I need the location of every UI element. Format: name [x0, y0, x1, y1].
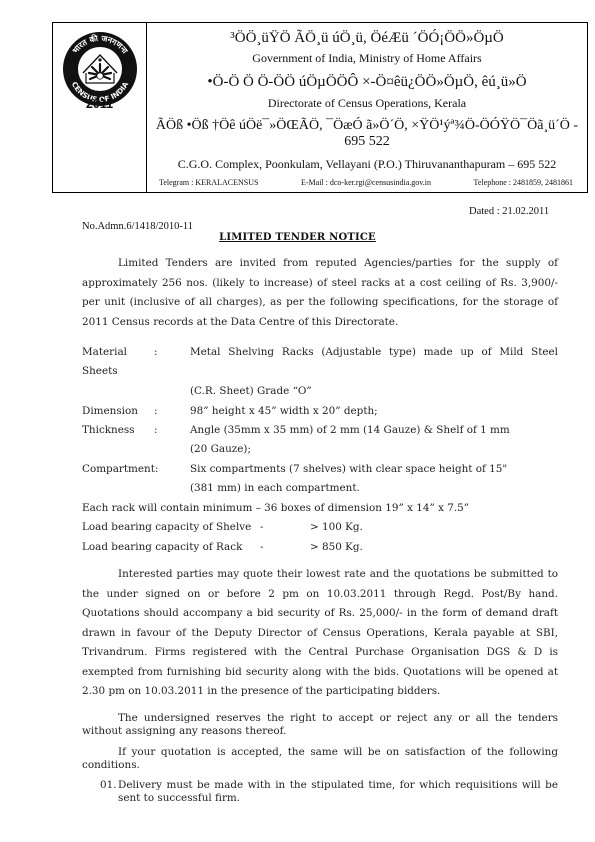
spec-value: > 100 Kg. — [310, 521, 363, 533]
spec-value: Angle (35mm x 35 mm) of 2 mm (14 Gauze) … — [190, 424, 510, 436]
spec-value: Metal Shelving Racks (Adjustable type) m… — [190, 346, 558, 358]
condition-text: Delivery must be made with in the stipul… — [118, 779, 558, 805]
submission-paragraph: Interested parties may quote their lowes… — [82, 565, 558, 702]
email-link[interactable]: E-Mail : dco-ker.rgi@censusindia.gov.in — [301, 178, 431, 187]
header-ministry: Government of India, Ministry of Home Af… — [147, 51, 587, 66]
spec-value: (20 Gauze); — [190, 443, 251, 455]
condition-number: 01. — [100, 779, 117, 792]
spec-label-wrap: Sheets — [82, 365, 118, 377]
telephone: Telephone : 2481859, 2481861 — [474, 178, 573, 187]
spec-label: Dimension — [82, 405, 138, 417]
spec-label: Material — [82, 346, 127, 358]
date-line: Dated : 21.02.2011 — [469, 206, 549, 217]
intro-text: Limited Tenders are invited from reputed… — [82, 257, 558, 328]
conditions-intro-paragraph: If your quotation is accepted, the same … — [82, 746, 558, 772]
submission-text: Interested parties may quote their lowes… — [82, 568, 558, 697]
intro-paragraph: Limited Tenders are invited from reputed… — [82, 254, 558, 332]
spec-value: (C.R. Sheet) Grade “O” — [190, 385, 312, 397]
header-hindi-ministry: ³ÖÖ¸üŸÖ ÃÖ¸ü úÖ¸ü, ÖéÆü ´ÖÓ¡ÖÖ»ÖµÖ — [147, 30, 587, 47]
notice-title: LIMITED TENDER NOTICE — [0, 232, 595, 243]
condition-item: 01. Delivery must be made with in the st… — [100, 779, 558, 805]
spec-value: 98” height x 45” width x 20” depth; — [190, 405, 378, 417]
spec-label: Compartment: — [82, 463, 158, 475]
spec-text: Each rack will contain minimum – 36 boxe… — [82, 502, 469, 514]
header-address: C.G.O. Complex, Poonkulam, Vellayani (P.… — [147, 157, 587, 172]
spec-colon: : — [154, 424, 158, 436]
spec-value: Six compartments (7 shelves) with clear … — [190, 463, 507, 475]
telegram: Telegram : KERALACENSUS — [159, 178, 258, 187]
spec-label: Thickness — [82, 424, 135, 436]
spec-colon: : — [154, 405, 158, 417]
census-year: 2011 — [53, 97, 146, 111]
spec-dash: - — [260, 521, 264, 533]
reference-number: No.Admn.6/1418/2010-11 — [82, 221, 193, 232]
header-hindi-directorate: •Ö-Ö Ö Ö-ÖÖ úÖµÖÖÔ ×-Ö¤êü¿ÖÖ»ÖµÖ, êú¸ü»Ö — [147, 74, 587, 91]
spec-label: Load bearing capacity of Shelve — [82, 521, 251, 533]
letterhead-box: भारत की जनगणना CENSUS OF INDIA 2011 ³ÖÖ¸… — [52, 22, 588, 193]
spec-colon: : — [154, 346, 158, 358]
spec-value: > 850 Kg. — [310, 541, 363, 553]
rights-text: The undersigned reserves the right to ac… — [82, 712, 558, 737]
header-hindi-address: ÃÖß •Öß †Öê úÖë¯»ÖŒÃÖ, ¯ÖæÓ ã»Ö´Ö, ×ŸÖ¹ý… — [147, 118, 587, 150]
rights-paragraph: The undersigned reserves the right to ac… — [82, 712, 558, 738]
header-directorate: Directorate of Census Operations, Kerala — [147, 96, 587, 111]
header-contact-line: Telegram : KERALACENSUS E-Mail : dco-ker… — [147, 178, 587, 187]
spec-label: Load bearing capacity of Rack — [82, 541, 242, 553]
spec-value: (381 mm) in each compartment. — [190, 482, 360, 494]
spec-dash: - — [260, 541, 264, 553]
conditions-intro-text: If your quotation is accepted, the same … — [82, 746, 558, 771]
